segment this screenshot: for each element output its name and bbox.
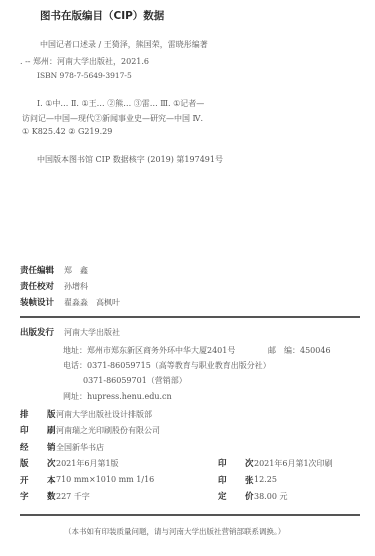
cip-publisher-line: . -- 郑州：河南大学出版社，2021.6 [20,56,149,67]
spec-value-words: 227 千字 [56,491,90,502]
credit-label-proofreader: 责任校对 [20,280,54,292]
spec-value-price: 38.00 元 [254,491,287,502]
credit-value-proofreader: 孙增科 [64,281,88,292]
publisher-phone-1: 电话：0371-86059715（高等教育与职业教育出版分社） [63,360,271,371]
spec-value-printing: 2021年6月第1次印刷 [254,458,333,469]
cip-classification-line: ① K825.42 ② G219.29 [22,127,112,136]
cip-heading: 图书在版编目（CIP）数据 [40,8,164,23]
spec-label-printing: 印 次 [218,457,259,469]
spec-label-words: 字 数 [20,490,61,502]
credit-value-editor: 郑 鑫 [64,265,88,276]
divider-bottom [20,514,360,516]
publisher-website[interactable]: 网址：hupress.henu.edu.cn [63,391,172,402]
cip-subject-line-1: Ⅰ. ①中… Ⅱ. ①王… ②熊… ③雷… Ⅲ. ①记者— [37,98,204,109]
credit-label-design: 装帧设计 [20,296,54,308]
spec-value-sheets: 12.25 [254,475,277,484]
cip-core-number: 中国版本图书馆 CIP 数据核字 (2019) 第197491号 [37,154,223,165]
detail-value-typesetting: 河南大学出版社设计排版部 [56,409,152,420]
cip-isbn-line: ISBN 978-7-5649-3917-5 [37,71,132,80]
detail-label-typesetting: 排 版 [20,408,61,420]
detail-label-printing: 印 刷 [20,424,61,436]
detail-label-distribution: 经 销 [20,441,61,453]
spec-label-price: 定 价 [218,490,259,502]
spec-value-format: 710 mm×1010 mm 1/16 [56,475,154,484]
cip-title-line: 中国记者口述录 / 王猗泽，熊国荣，雷晓彤编著 [40,39,208,50]
credit-value-design: 翟淼淼 高枫叶 [64,297,120,308]
detail-value-distribution: 全国新华书店 [56,442,104,453]
spec-label-format: 开 本 [20,474,61,486]
publisher-name: 河南大学出版社 [64,327,120,338]
detail-value-printing: 河南瑞之光印刷股份有限公司 [56,425,160,436]
divider-top [20,316,360,318]
cip-subject-line-2: 访问记—中国—现代②新闻事业史—研究—中国 Ⅳ. [22,113,203,124]
publisher-postcode: 邮 编：450046 [268,345,331,356]
publisher-label: 出版发行 [20,326,54,338]
publisher-address: 地址：郑州市郑东新区商务外环中华大厦2401号 [63,345,235,356]
spec-value-edition: 2021年6月第1版 [56,458,119,469]
credit-label-editor: 责任编辑 [20,264,54,276]
publisher-phone-2: 0371-86059701（营销部） [83,375,187,386]
footer-note: （本书如有印装质量问题，请与河南大学出版社营销部联系调换。） [64,526,285,537]
spec-label-edition: 版 次 [20,457,61,469]
spec-label-sheets: 印 张 [218,474,259,486]
